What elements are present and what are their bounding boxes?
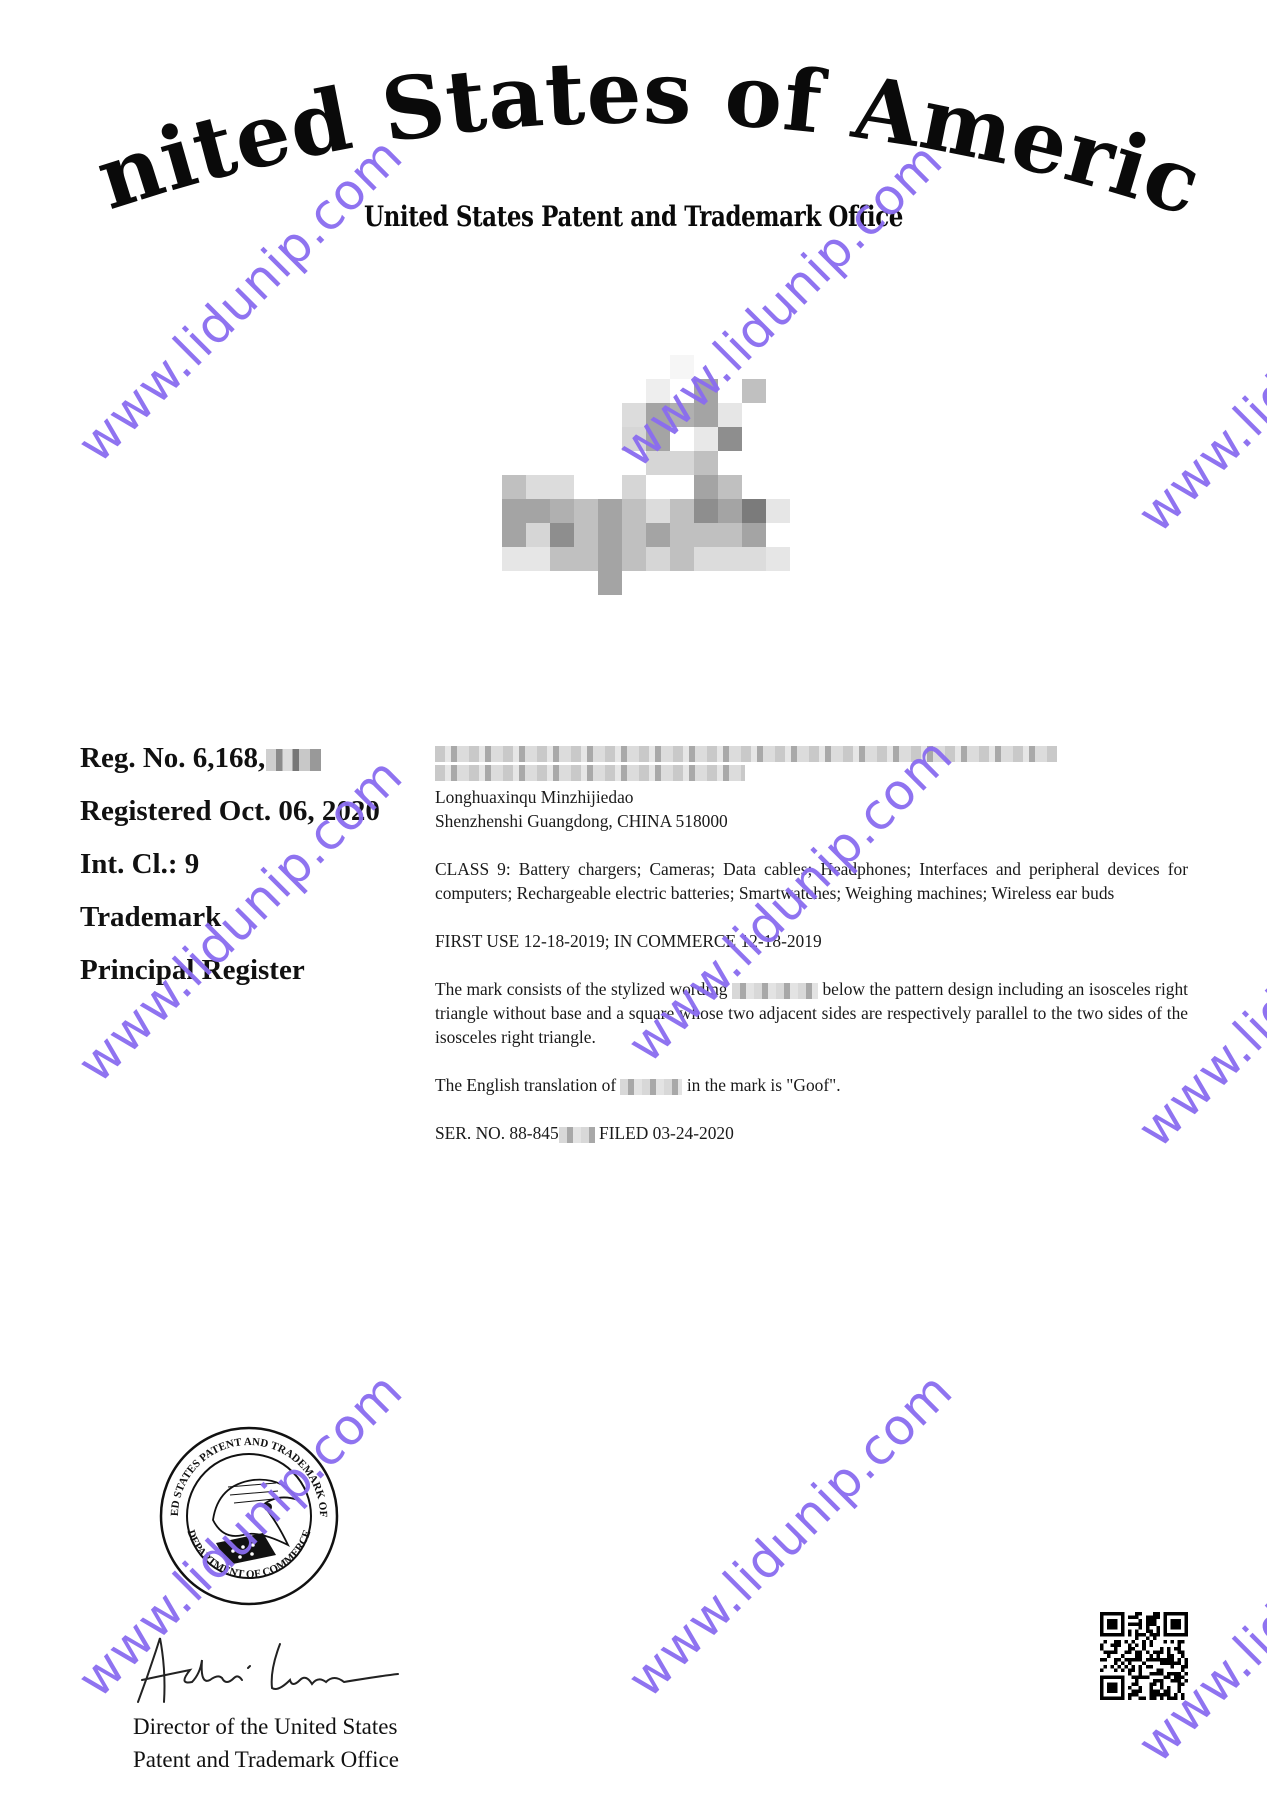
redacted-block bbox=[266, 749, 321, 771]
registration-summary: Reg. No. 6,168, Registered Oct. 06, 2020… bbox=[80, 732, 440, 997]
translation: The English translation of in the mark i… bbox=[435, 1073, 1188, 1097]
redacted-wording bbox=[732, 983, 818, 999]
uspto-seal: UNITED STATES PATENT AND TRADEMARK OFFIC… bbox=[158, 1425, 340, 1607]
mark-type: Trademark bbox=[80, 891, 440, 944]
office-subtitle: United States Patent and Trademark Offic… bbox=[114, 200, 1153, 233]
mark-description: The mark consists of the stylized wordin… bbox=[435, 977, 1188, 1049]
first-use: FIRST USE 12-18-2019; IN COMMERCE 12-18-… bbox=[435, 929, 1188, 953]
register-type: Principal Register bbox=[80, 944, 440, 997]
registered-date: Registered Oct. 06, 2020 bbox=[80, 785, 440, 838]
registration-details: Longhuaxinqu Minzhijiedao Shenzhenshi Gu… bbox=[435, 745, 1188, 1169]
redacted-wording bbox=[620, 1079, 682, 1095]
signature-icon bbox=[130, 1630, 410, 1710]
director-signature bbox=[130, 1630, 410, 1710]
watermark: www.lidunip.com bbox=[617, 1362, 964, 1709]
qr-code-icon bbox=[1100, 1612, 1188, 1700]
redacted-owner-line bbox=[435, 765, 745, 781]
trademark-image bbox=[502, 355, 792, 605]
international-class: Int. Cl.: 9 bbox=[80, 838, 440, 891]
goods-class: CLASS 9: Battery chargers; Cameras; Data… bbox=[435, 857, 1188, 905]
serial-number: SER. NO. 88-845 FILED 03-24-2020 bbox=[435, 1121, 1188, 1145]
reg-number: Reg. No. 6,168, bbox=[80, 732, 440, 785]
svg-text:UNITED STATES PATENT AND TRADE: UNITED STATES PATENT AND TRADEMARK OFFIC… bbox=[158, 1425, 329, 1518]
seal-icon: UNITED STATES PATENT AND TRADEMARK OFFIC… bbox=[158, 1425, 340, 1607]
qr-code bbox=[1100, 1612, 1188, 1700]
director-title: Director of the United States Patent and… bbox=[133, 1710, 399, 1776]
redacted-number bbox=[559, 1127, 595, 1143]
redacted-owner-line bbox=[435, 746, 1057, 762]
watermark: www.lidunip.com bbox=[1127, 1427, 1267, 1774]
owner-address: Longhuaxinqu Minzhijiedao Shenzhenshi Gu… bbox=[435, 785, 1188, 833]
